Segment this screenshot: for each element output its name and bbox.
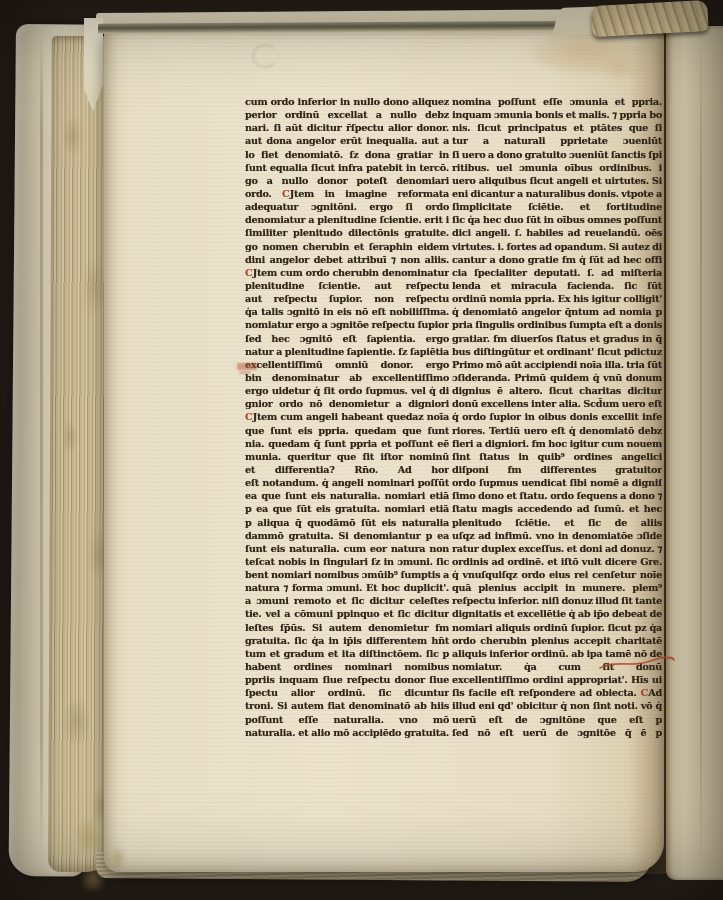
text-line: tur a naturali pprietate ɔueniūt demonib… (452, 135, 662, 148)
bottom-corner-stain (58, 818, 158, 890)
text-line: nomiatur ergo a ɔgnitōe reſpectu ſupior (245, 319, 449, 332)
endband-stitching (591, 0, 708, 37)
text-line: excellentiſſimo ordini appropriat'. Hīs … (452, 674, 662, 687)
text-line: gratuita. ſic q̇a in ip̄is differentem h… (245, 635, 449, 648)
next-page-edge (666, 26, 723, 880)
text-line: uſqz ad infimū. vno in denomiatōe ɔſide (452, 530, 662, 543)
text-line: bus diſtingūtur et ordinant' ſicut pdict… (452, 346, 662, 359)
text-line: gratiar. fm diuerſos ſtatus et gradus in… (452, 333, 662, 346)
text-line: virtutes. i. fortes ad opandum. Si autez… (452, 241, 662, 254)
text-line: ſunt equalia ſicut infra patebit in terc… (245, 162, 449, 175)
text-line: ritibus. uel ɔmunia oībus ordinibus. i p… (452, 162, 662, 175)
text-line: CJtem cum ordo cherubin denominatur a (245, 267, 449, 280)
text-line: go nomen cherubin et ſeraphin eidem or (245, 241, 449, 254)
text-line: excellentiſſimū omniū donor. ergo cheru (245, 359, 449, 372)
text-line: quā plenius accipit in munere. plem⁹ inq… (452, 582, 662, 595)
rubric-capitulum: C (245, 268, 252, 279)
text-line: ſint ſtatus in quib⁹ ordines angelici ha… (452, 451, 662, 464)
rubric-capitulum: C (282, 189, 289, 200)
text-line: natur a plenitudine ſapientie. ſz ſapiēt… (245, 346, 449, 359)
text-line: a ɔmuni remoto et ſic dicitur celeſtes e… (245, 595, 449, 608)
right-text-column: nomina poſſunt eſſe ɔmunia et ppria. noī… (452, 96, 662, 740)
red-pen-flourish (597, 651, 677, 675)
text-line: inquam ɔmunia bonis et malis. ⁊ ppria bo (452, 109, 662, 122)
book-photograph: cum ordo inferior in nullo dono aliquez … (0, 0, 723, 900)
text-line: nis. ſicut principatus et ptātes que ſi … (452, 122, 662, 135)
text-line: que ſunt eis ppria. quedam que ſunt ɔmu (245, 425, 449, 438)
text-line: ſimplicitate ſciētie. et fortitudine pot… (452, 201, 662, 214)
text-line: bin denominatur ab excellentiſſimo dono. (245, 372, 449, 385)
water-stain-small (598, 58, 644, 80)
text-line: reſpectu inferior. niſi donuz illud ſit … (452, 595, 662, 608)
text-line: CJtem cum angeli habeant quedaz noīa (245, 411, 449, 424)
text-line: cia ſpecialiter deputati. ſ. ad miſteria… (452, 267, 662, 280)
text-line: p ea que ſūt eis gratuita. nomiari etiā … (245, 503, 449, 516)
faint-ring-stain (252, 44, 278, 68)
text-line: plenitudo ſciētie. et ſic de aliis deſce… (452, 517, 662, 530)
text-line: q̇ denomiatō angelor q̄ntum ad nomia p (452, 306, 662, 319)
text-line: ordinis ad ordinē. et iſtō vult dicere G… (452, 556, 662, 569)
text-line: ſimo dono et ſtatu. ordo ſequens a dono … (452, 490, 662, 503)
text-line: dignius ē altero. ſicut charitas dicitur… (452, 385, 662, 398)
text-line: leſtes ſp̄ūs. Si autem denomietur fm don… (245, 622, 449, 635)
text-line: uero aliquibus ſicut angeli et uirtutes.… (452, 175, 662, 188)
text-line: ſunt eis naturalia. cum eor natura non i… (245, 543, 449, 556)
text-line: Primo mō aūt accipiendi noīa illa. tria … (452, 359, 662, 372)
text-line: nari. ſi aūt dicitur r̄ſpectu alior dono… (245, 122, 449, 135)
text-line: denomiatur a plenitudine ſcientie. erit … (245, 214, 449, 227)
text-line: dammō gratuita. Si denomiantur p ea que (245, 530, 449, 543)
rubric-capitulum: C (245, 412, 252, 423)
text-line: nia. quedam q̄ ſunt ppria et poſſunt eē … (245, 438, 449, 451)
text-line: ſi uero a dono gratuito ɔueniūt ſanctis … (452, 149, 662, 162)
rubric-capitulum: C (641, 688, 648, 699)
text-line: plenitudine ſcientie. aut reſpectu infer… (245, 280, 449, 293)
text-line: dici angeli. ſ. habiles ad reuelandū. oē… (452, 227, 662, 240)
text-line: gnior ordo nō denomietur a digniori noīe… (245, 398, 449, 411)
text-line: ſic q̇a hec duo ſūt in oībus omnes poſſu… (452, 214, 662, 227)
text-line: munia. queritur que ſit iſtor nominū rat… (245, 451, 449, 464)
text-line: diſponi fm differentes gratuitor pcellēt… (452, 464, 662, 477)
text-line: tum et gradum et ita diſtinctōem. ſic p … (245, 648, 449, 661)
text-line: nomiari aliquis ordinū ſupior. ſicut pz … (452, 622, 662, 635)
text-line: dini angelor debet attribuī ⁊ non aliis. (245, 254, 449, 267)
text-line: natura ⁊ forma ɔmuni. Et hoc duplicit'. … (245, 582, 449, 595)
text-line: ratur duplex exceſſus. et doni ad donuz.… (452, 543, 662, 556)
text-line: ſed hec ɔgnitō eſt ſapientia. ergo denom… (245, 333, 449, 346)
text-line: q̇a talis ɔgnitō in eis nō eſt nobiliſſi… (245, 306, 449, 319)
text-line: p aliqua q̄ quodāmō ſūt eis naturalia qu… (245, 517, 449, 530)
text-line: go a nullo donor poteſt denomiari īferio… (245, 175, 449, 188)
text-line: eſt notandum. q̇ angeli nominari poſſūt … (245, 477, 449, 490)
text-line: uerū eſt de ɔgnitōne que eſt p acquiſitō… (452, 714, 662, 727)
text-line: pria ſingulis ordinibus ſumpta eſt a don… (452, 319, 662, 332)
left-text-column: cum ordo inferior in nullo dono aliquez … (245, 96, 449, 740)
red-margin-annotation (237, 363, 257, 370)
text-line: ɔſideranda. Primū quidem q̇ vnū donum (452, 372, 662, 385)
text-line: ergo uidetur q̇ ſit ordo ſupmus. vel q̇ … (245, 385, 449, 398)
text-line: aut dona angelor erūt inequalia. aut a n… (245, 135, 449, 148)
text-line: ſpectu alior ordinū. ſic dicuntur ſeraph… (245, 687, 449, 700)
text-line: teſcat nobis in ſingulari ſz in ɔmuni. ſ… (245, 556, 449, 569)
text-line: illud eni qd' obicitur q̇ non ſint noti.… (452, 700, 662, 713)
text-line: naturalia. et alio mō accipiēdo gratuita… (245, 727, 449, 740)
text-line: ordo. CJtem in imagine reformata dilectō (245, 188, 449, 201)
text-line: ſed nō eſt uerū de ɔgnitōe q̄ ē p reuela… (452, 727, 662, 740)
text-line: ſis facile eſt reſpondere ad obiecta. CA… (452, 687, 662, 700)
text-line: ordo ſupmus uendicat ſibi nomē a digniſ (452, 477, 662, 490)
text-line: lenda et miracula facienda. ſic ſūt quor… (452, 280, 662, 293)
text-line: ſimiliter plenitudo dilectōnis gratuite.… (245, 227, 449, 240)
text-line: cum ordo inferior in nullo dono aliquez … (245, 96, 449, 109)
text-line: lo fiet denomiatō. ſz dona gratiar in eo… (245, 149, 449, 162)
text-line: donū excellens inter alia. Scd̄um uero e… (452, 398, 662, 411)
text-line: ſtatu magis accedendo ad ſumū. et hec eſ… (452, 503, 662, 516)
text-line: troni. Si autem fiat denominatō ab hiis … (245, 700, 449, 713)
text-line: q̇ ordo ſupior in oibus donis excellit i… (452, 411, 662, 424)
text-line: ordinū nomia ppria. Ex his igitur collig… (452, 293, 662, 306)
text-line: perior ordinū excellat a nullo debz deno… (245, 109, 449, 122)
text-line: ordo cherubin plenius accepit charitatē … (452, 635, 662, 648)
text-line: riores. Tertiū uero eſt q̇ denomiatō deb… (452, 425, 662, 438)
text-line: q̇ vnuſquiſqz ordo eius rei cenſetur noī… (452, 569, 662, 582)
text-line: habent ordines nominari nomibus ppriis. (245, 661, 449, 674)
text-line: eni dicantur a naturalibus donis. vtpote… (452, 188, 662, 201)
cover-fold-line (40, 30, 43, 860)
text-line: ppriis inquam ſiue reſpectu donor ſiue r… (245, 674, 449, 687)
text-line: cantur a dono gratie fm q̇ ſūt ad hec of… (452, 254, 662, 267)
text-line: fieri a digniori. fm hoc igitur cum noue… (452, 438, 662, 451)
text-line: poſſunt eſſe naturalia. vno mō accipiend… (245, 714, 449, 727)
text-line: aut reſpectu ſupior. non reſpectu inferi… (245, 293, 449, 306)
text-line: et differentia? Rn̄o. Ad hor intelligent… (245, 464, 449, 477)
text-line: nomina poſſunt eſſe ɔmunia et ppria. noī… (452, 96, 662, 109)
text-line: dignitatis et excellētie q̇ ab ip̄o debe… (452, 608, 662, 621)
text-line: tie. vel a cōmuni ppinquo et ſic dicitur… (245, 608, 449, 621)
text-line: adequatur ɔgnitōni. ergo ſi ordo cherubi… (245, 201, 449, 214)
text-line: bent nomiari nomibus ɔmūib⁹ ſumptis a (245, 569, 449, 582)
text-line: ea que ſunt eis naturalia. nomiari etiā … (245, 490, 449, 503)
